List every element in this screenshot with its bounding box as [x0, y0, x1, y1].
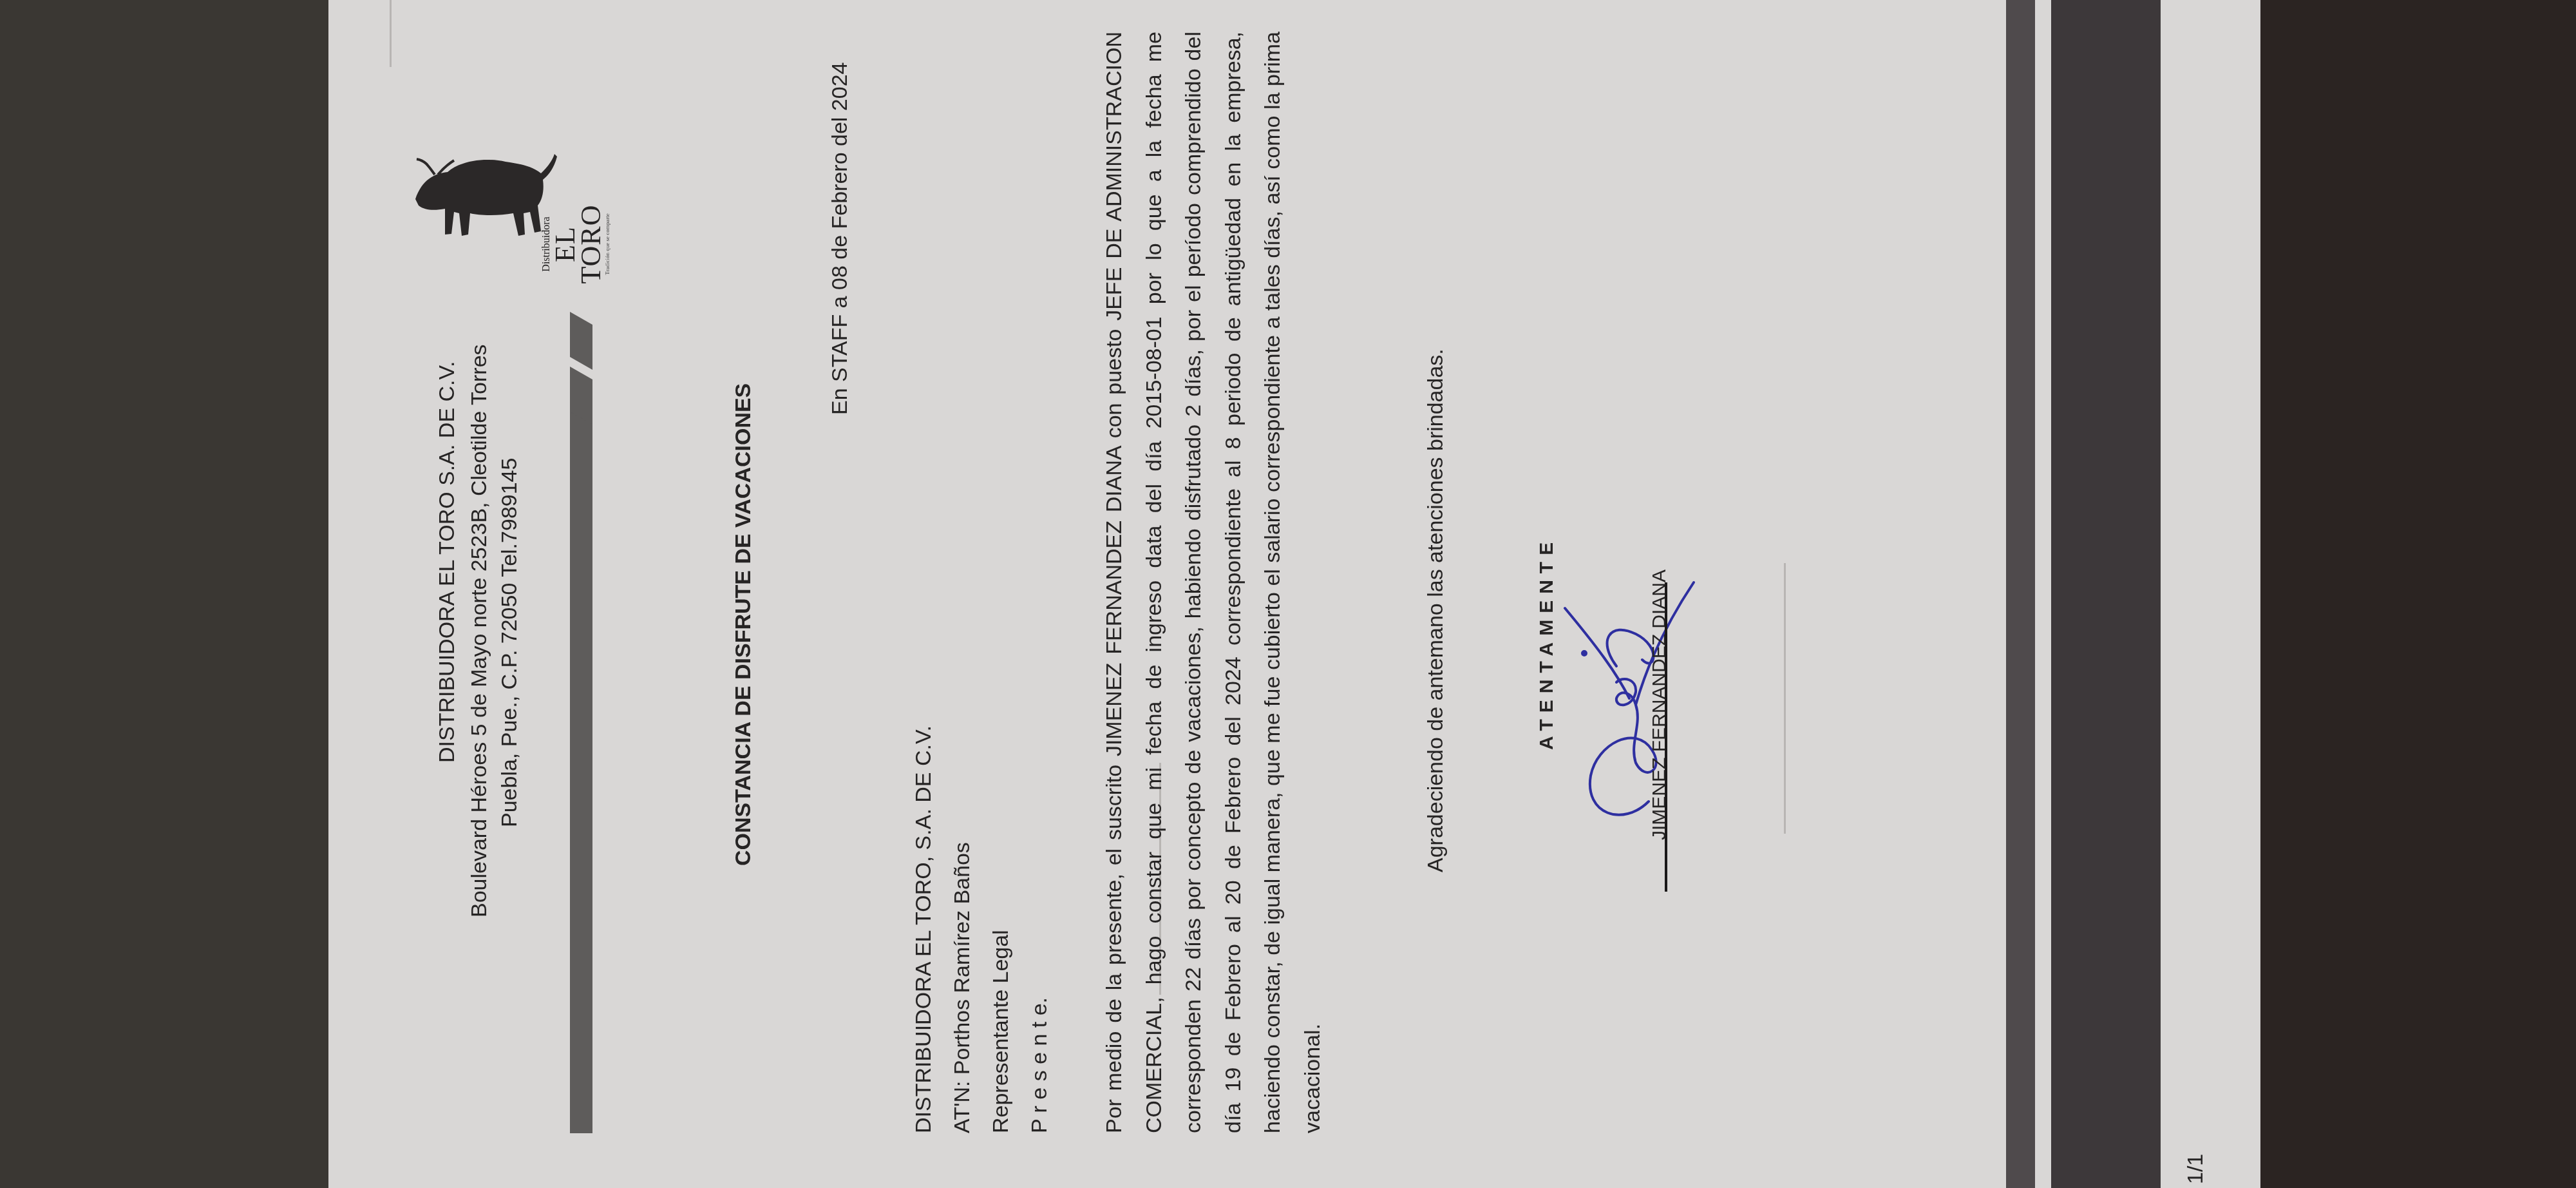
page-indicator: 1/1 — [2183, 1154, 2208, 1184]
header-bar-short — [570, 312, 592, 370]
logo-brand: EL TORO — [553, 189, 604, 299]
letterhead-city: Puebla, Pue., C.P. 72050 Tel.7989145 — [497, 458, 522, 827]
recipient-attention: AT'N: Porthos Ramírez Baños — [950, 842, 975, 1133]
document-title: CONSTANCIA DE DISFRUTE DE VACACIONES — [731, 383, 756, 866]
place-date: En STAFF a 08 de Febrero del 2024 — [828, 62, 853, 415]
recipient-company: DISTRIBUIDORA EL TORO, S.A. DE C.V. — [911, 725, 936, 1133]
logo-wordmark: Distribuidora EL TORO Tradición que se c… — [541, 189, 611, 299]
paper-sheet: DISTRIBUIDORA EL TORO S.A. DE C.V. Boule… — [328, 0, 2260, 1188]
closing-text: Agradeciendo de antemano las atenciones … — [1423, 349, 1448, 872]
footer-stripe-thin — [2006, 0, 2035, 1188]
fold-mark — [390, 0, 392, 67]
background-right — [2260, 0, 2576, 1188]
letterhead-address: Boulevard Héroes 5 de Mayo norte 2523B, … — [467, 344, 492, 917]
signature-line — [1665, 582, 1667, 892]
recipient-greeting: P r e s e n t e. — [1027, 997, 1052, 1133]
letterhead-company: DISTRIBUIDORA EL TORO S.A. DE C.V. — [435, 361, 460, 763]
header-bar-long — [570, 383, 592, 1133]
footer-stripe-thick — [2051, 0, 2161, 1188]
handwritten-signature — [1539, 570, 1707, 853]
recipient-role: Representante Legal — [989, 930, 1014, 1133]
document-page: DISTRIBUIDORA EL TORO S.A. DE C.V. Boule… — [328, 0, 2260, 1188]
body-paragraph: Por medio de la presente, el suscrito JI… — [1095, 32, 1332, 1133]
fold-mark — [1784, 563, 1786, 834]
